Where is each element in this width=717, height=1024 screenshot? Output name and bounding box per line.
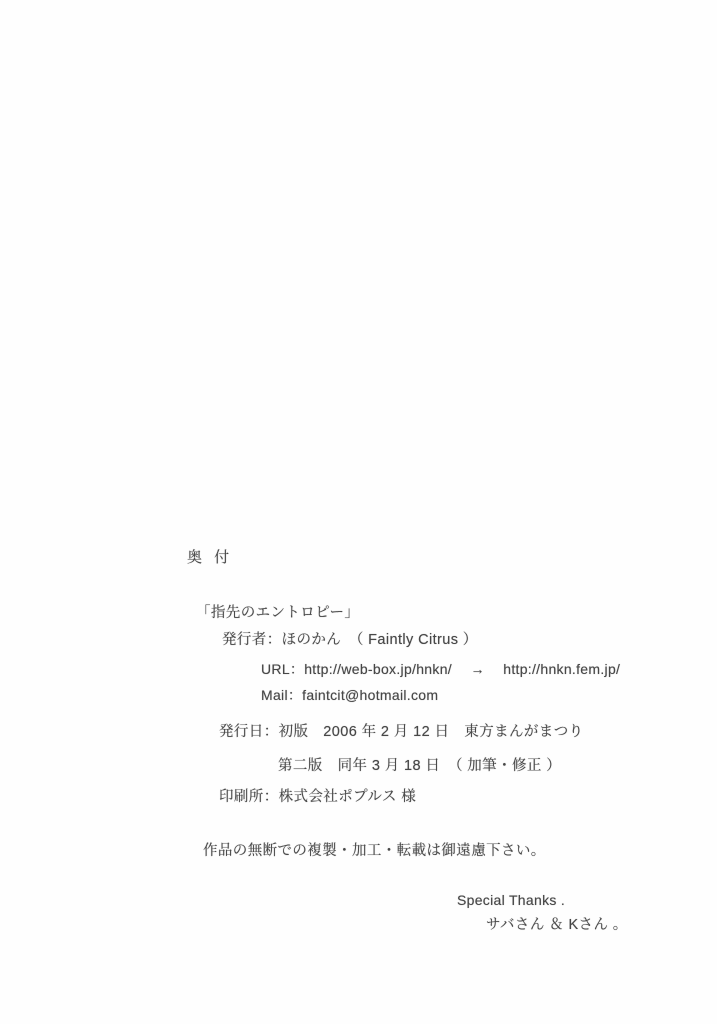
copyright-notice: 作品の無断での複製・加工・転載は御遠慮下さい。 [203,843,546,860]
first-edition-line: 発行日：初版 2006 年 2 月 12 日 東方まんがまつり [219,724,584,741]
mail-line: Mail：faintcit@hotmail.com [261,687,438,704]
printer-line: 印刷所：株式会社ポプルス 様 [219,789,416,806]
book-title: 「指先のエントロピー」 [196,605,359,622]
publisher-line: 発行者：ほのかん （ Faintly Citrus ） [222,632,478,649]
second-edition-line: 第二版 同年 3 月 18 日 （ 加筆・修正 ） [278,758,561,775]
colophon-header: 奥 付 [187,549,233,567]
special-thanks-names: サバさん ＆ Kさん 。 [486,917,628,934]
url-line: URL：http://web-box.jp/hnkn/ → http://hnk… [261,661,620,678]
special-thanks-label: Special Thanks . [457,892,565,909]
colophon-page: 奥 付 「指先のエントロピー」 発行者：ほのかん （ Faintly Citru… [0,0,717,1024]
